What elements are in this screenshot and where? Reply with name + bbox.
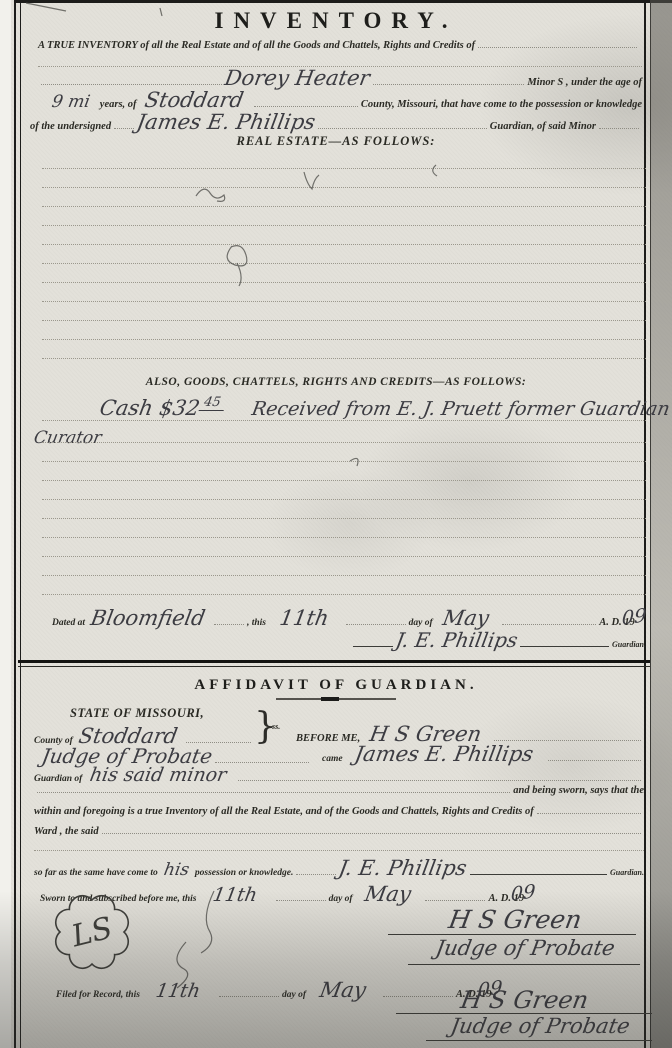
sworn-clause-row: and being sworn, says that the — [34, 785, 644, 803]
cash-cents-handwriting: 45 — [198, 395, 225, 411]
judge-title-line — [408, 964, 640, 965]
undersigned-row: of the undersigned James E. Phillips Gua… — [30, 110, 642, 132]
cash-entry-cont-row: Curator — [34, 428, 101, 448]
blank-fill — [219, 994, 279, 997]
inventory-clause-text: within and foregoing is a true Inventory… — [34, 806, 534, 817]
cash-cont-handwriting: Curator — [32, 428, 103, 448]
guardian-of-label: Guardian of — [34, 774, 82, 784]
seal-scalloped-border-icon: LS — [52, 892, 132, 972]
cash-received-handwriting: Received from E. J. Pruett former Guardi… — [250, 398, 672, 420]
blank-fill — [186, 740, 251, 743]
guardian-name-handwriting: James E. Phillips — [135, 110, 317, 134]
intro-line: A TRUE INVENTORY of all the Real Estate … — [38, 40, 640, 51]
cash-amount-handwriting: Cash $32 — [98, 396, 202, 420]
blank-fill — [318, 126, 487, 129]
ls-seal: LS — [52, 892, 132, 972]
blank-fill — [502, 622, 597, 625]
before-me-row: BEFORE ME, H S Green — [296, 722, 644, 744]
affidavit-guardian-name-handwriting: James E. Phillips — [352, 742, 534, 766]
signature-line — [353, 644, 393, 647]
judge-signature-line — [388, 934, 636, 935]
day-handwriting: 11th — [278, 606, 331, 630]
filed-judge-title-handwriting: Judge of Probate — [449, 1014, 632, 1038]
affidavit-guardian-small-label: Guardian. — [610, 868, 644, 877]
page-top-border — [14, 0, 672, 3]
blank-rule — [34, 850, 644, 851]
dated-at-label: Dated at — [52, 618, 85, 628]
judge-signature-row: H S Green — [390, 905, 640, 933]
years-of-label: years, of — [100, 99, 137, 110]
judge-sig-title-handwriting: Judge of Probate — [434, 936, 617, 960]
blank-fill — [599, 126, 639, 129]
affidavit-signature-handwriting: J. E. Phillips — [337, 856, 469, 880]
came-row: came James E. Phillips — [322, 742, 644, 764]
minor-handwriting: his said minor — [88, 764, 228, 786]
guardian-small-label: Guardian. — [612, 640, 646, 649]
sofar-b-text: possession or knowledge. — [195, 868, 293, 878]
blank-fill — [346, 622, 406, 625]
judge-title-sig-row: Judge of Probate — [410, 936, 640, 962]
real-estate-heading: REAL ESTATE—AS FOLLOWS: — [0, 132, 672, 150]
county-row: County of Stoddard — [34, 724, 254, 746]
blank-fill — [478, 45, 637, 48]
blank-fill — [548, 758, 641, 761]
section-separator-thin — [18, 666, 650, 667]
county-handwriting: Stoddard — [142, 88, 245, 112]
blank-fill — [102, 831, 641, 834]
sworn-clause-text: and being sworn, says that the — [513, 785, 644, 796]
county-line: County, Missouri, that have come to the … — [361, 99, 642, 110]
real-estate-heading-text: REAL ESTATE—AS FOLLOWS: — [237, 134, 436, 148]
filed-judge-title-line — [426, 1040, 652, 1041]
blank-fill — [254, 104, 358, 107]
filed-month-handwriting: May — [318, 978, 368, 1002]
blank-fill — [537, 811, 641, 814]
filed-judge-sig-handwriting: H S Green — [459, 986, 591, 1014]
scanned-inventory-document: INVENTORY. A TRUE INVENTORY of all the R… — [0, 0, 672, 1048]
affidavit-heading-text: AFFIDAVIT OF GUARDIAN. — [194, 677, 477, 693]
scan-left-margin — [0, 0, 11, 1048]
page-left-border — [14, 0, 21, 1048]
chattels-heading: ALSO, GOODS, CHATTELS, RIGHTS AND CREDIT… — [0, 372, 672, 390]
blank-fill — [494, 738, 641, 741]
ss-label: ss. — [272, 722, 280, 731]
filed-judge-title-row: Judge of Probate — [430, 1014, 650, 1040]
signature-line — [520, 644, 609, 647]
affidavit-heading-underline — [276, 698, 396, 700]
intro-text: A TRUE INVENTORY of all the Real Estate … — [38, 40, 475, 51]
filed-judge-signature-row: H S Green — [400, 986, 650, 1012]
age-county-row: 9 mi years, of Stoddard County, Missouri… — [52, 88, 642, 110]
sofar-a-text: so far as the same have come to — [34, 868, 158, 878]
document-title-text: INVENTORY. — [215, 8, 458, 33]
sworn-day-of-label: day of — [329, 894, 353, 904]
blank-fill — [114, 126, 134, 129]
inventory-clause-row: within and foregoing is a true Inventory… — [34, 806, 644, 824]
blank-fill — [238, 778, 641, 781]
came-label: came — [322, 754, 343, 764]
judge-sig-handwriting: H S Green — [446, 905, 584, 934]
sworn-day-handwriting: 11th — [211, 884, 259, 906]
guardian-signature-handwriting: J. E. Phillips — [394, 628, 520, 652]
this-label: , this — [247, 618, 266, 628]
sofar-row: so far as the same have come to his poss… — [34, 856, 644, 880]
age-handwriting: 9 mi — [50, 92, 91, 112]
filed-line-text: Filed for Record, this — [56, 990, 140, 1000]
month-handwriting: May — [441, 606, 491, 630]
state-row: STATE OF MISSOURI, — [70, 706, 204, 724]
minor-name-handwriting: Dorey Heater — [223, 66, 372, 90]
dated-signature-row: J. E. Phillips Guardian. — [350, 628, 646, 652]
sworn-month-handwriting: May — [362, 882, 412, 906]
blank-fill — [296, 872, 336, 875]
affidavit-heading: AFFIDAVIT OF GUARDIAN. — [0, 676, 672, 694]
filed-day-handwriting: 11th — [154, 980, 202, 1002]
state-label: STATE OF MISSOURI, — [70, 706, 204, 721]
ward-clause-text: Ward , the said — [34, 826, 99, 837]
guardian-label: Guardian, of said Minor — [490, 121, 596, 132]
blank-fill — [214, 622, 244, 625]
dated-row: Dated at Bloomfield , this 11th day of M… — [52, 606, 646, 630]
blank-fill — [41, 82, 222, 85]
signature-line — [470, 872, 607, 875]
blank-fill — [215, 760, 309, 763]
judge-title-row: Judge of Probate — [42, 744, 312, 766]
his-handwriting: his — [162, 860, 191, 880]
blank-fill — [425, 898, 485, 901]
document-title: INVENTORY. — [0, 8, 672, 34]
ward-clause-row: Ward , the said — [34, 826, 644, 844]
blank-fill — [276, 898, 326, 901]
place-handwriting: Bloomfield — [89, 606, 207, 630]
chattels-heading-text: ALSO, GOODS, CHATTELS, RIGHTS AND CREDIT… — [146, 376, 526, 388]
minor-label: Minor S , under the age of — [527, 77, 642, 88]
svg-text:LS: LS — [67, 911, 116, 955]
filed-day-of-label: day of — [282, 990, 306, 1000]
blank-fill — [373, 82, 524, 85]
blank-fill — [37, 790, 510, 793]
guardian-of-row: Guardian of his said minor — [34, 764, 644, 786]
undersigned-label: of the undersigned — [30, 121, 111, 132]
section-separator-thick — [18, 660, 650, 663]
scan-right-edge — [650, 0, 672, 1048]
year-handwriting: 09 — [621, 604, 646, 629]
sworn-year-handwriting: 09 — [511, 880, 536, 905]
cash-entry-row: Cash $32 45 Received from E. J. Pruett f… — [100, 396, 612, 422]
minor-name-row: Dorey Heater Minor S , under the age of — [38, 66, 642, 90]
day-of-label: day of — [409, 618, 433, 628]
